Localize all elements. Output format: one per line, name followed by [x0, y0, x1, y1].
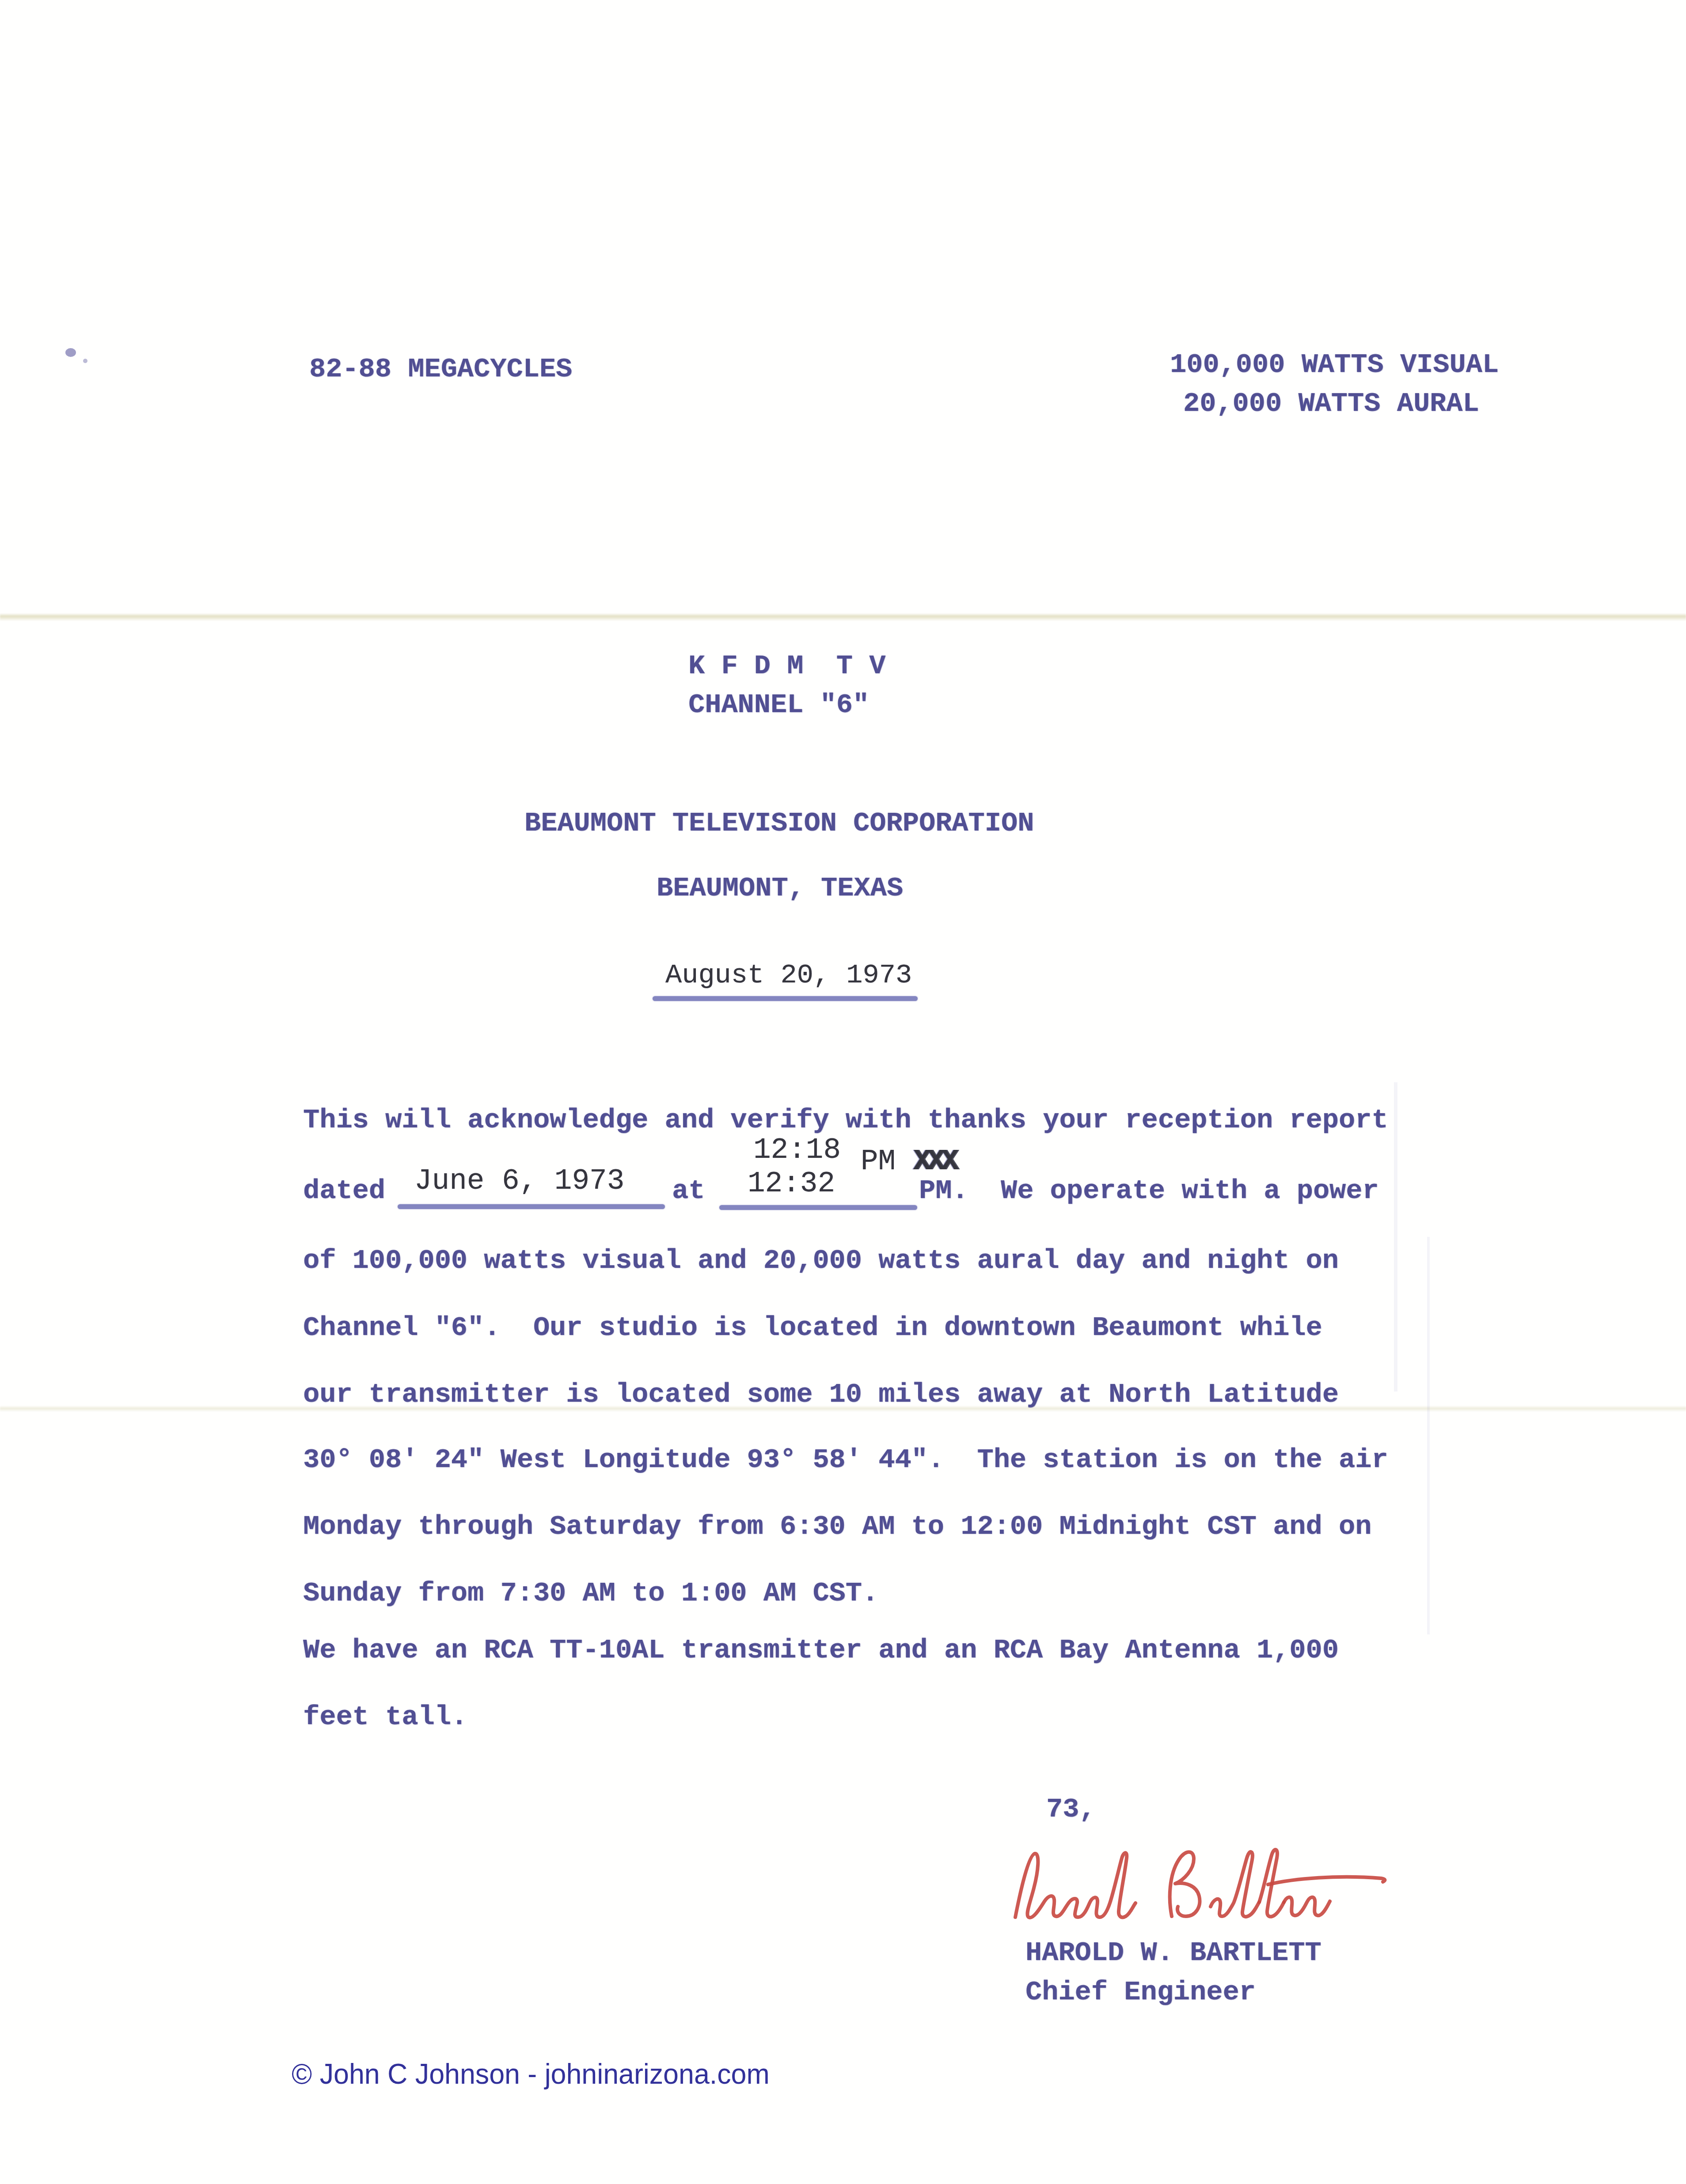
signature-stroke-ett: [1284, 1897, 1330, 1915]
fold-crease-upper: [0, 613, 1686, 621]
ink-speck: [65, 348, 76, 357]
letter-date: August 20, 1973: [665, 959, 912, 991]
station-channel: CHANNEL "6": [688, 689, 869, 720]
signer-typed-name: HAROLD W. BARTLETT: [1025, 1937, 1321, 1968]
date-fill: June 6, 1973: [414, 1164, 624, 1198]
letter-date-underline: [653, 996, 918, 1001]
scan-streak: [1427, 1237, 1430, 1634]
body-line: Channel "6". Our studio is located in do…: [303, 1312, 1322, 1343]
body-line: our transmitter is located some 10 miles…: [303, 1379, 1339, 1410]
body-line: This will acknowledge and verify with th…: [303, 1104, 1388, 1136]
time-inserted-fill: 12:18: [753, 1134, 841, 1167]
signature-handwriting: [1003, 1832, 1401, 1938]
letterhead-power-visual: 100,000 WATTS VISUAL: [1170, 349, 1499, 380]
ink-speck: [83, 359, 87, 363]
corporation-city: BEAUMONT, TEXAS: [657, 872, 903, 904]
at-label: at: [672, 1175, 705, 1206]
body-line: Monday through Saturday from 6:30 AM to …: [303, 1511, 1371, 1542]
signature-stroke-b: [1170, 1852, 1200, 1916]
strikeout-xxx: XXX: [913, 1145, 955, 1178]
copyright-notice: © John C Johnson - johninarizona.com: [292, 2058, 770, 2090]
scan-streak: [1394, 1082, 1397, 1392]
letterhead-frequency: 82-88 MEGACYCLES: [309, 353, 572, 385]
body-line: Sunday from 7:30 AM to 1:00 AM CST.: [303, 1577, 878, 1609]
pm-strikeout-group: PM XXX: [861, 1145, 955, 1178]
signature-stroke-tcross: [1268, 1877, 1385, 1884]
letterhead-power-aural: 20,000 WATTS AURAL: [1183, 388, 1479, 419]
body-line: feet tall.: [303, 1701, 467, 1733]
pm-label: PM.: [919, 1175, 968, 1206]
dated-label: dated: [303, 1175, 385, 1206]
blank-underline-date: [398, 1204, 665, 1209]
corporation-name: BEAUMONT TELEVISION CORPORATION: [524, 808, 1034, 839]
body-line: 30° 08' 24" West Longitude 93° 58' 44". …: [303, 1444, 1388, 1475]
pm-inserted: PM: [861, 1145, 896, 1178]
scanned-letter-page: 82-88 MEGACYCLES 100,000 WATTS VISUAL 20…: [0, 0, 1686, 2184]
blank-underline-time: [719, 1205, 917, 1210]
signature-stroke-art: [1211, 1852, 1259, 1917]
body-line: of 100,000 watts visual and 20,000 watts…: [303, 1245, 1339, 1276]
station-callsign: K F D M T V: [688, 650, 885, 682]
closing-73: 73,: [1046, 1793, 1096, 1825]
spacer: [896, 1145, 913, 1178]
body-line-rest: We operate with a power: [1001, 1175, 1379, 1206]
body-line: We have an RCA TT-10AL transmitter and a…: [303, 1634, 1339, 1666]
signature-stroke-harold: [1015, 1853, 1135, 1918]
signer-title: Chief Engineer: [1025, 1976, 1256, 2008]
time-fill: 12:32: [748, 1167, 835, 1200]
